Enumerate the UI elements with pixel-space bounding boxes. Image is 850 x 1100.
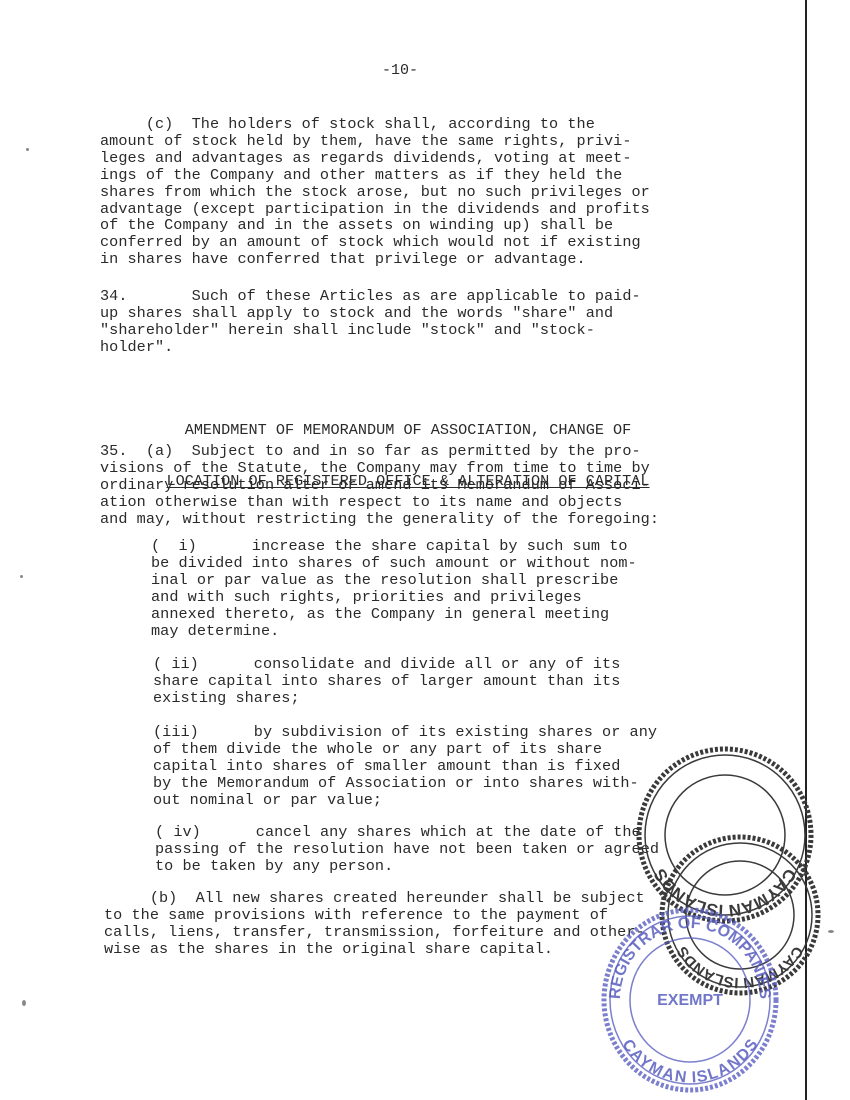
text-line: ings of the Company and other matters as… [100, 167, 650, 184]
text-line: leges and advantages as regards dividend… [100, 150, 650, 167]
text-line: inal or par value as the resolution shal… [151, 572, 637, 589]
text-line: wise as the shares in the original share… [104, 941, 645, 958]
margin-speck [26, 148, 29, 151]
text-line: "shareholder" herein shall include "stoc… [100, 322, 641, 339]
text-line: capital into shares of smaller amount th… [153, 758, 657, 775]
text-line: and with such rights, priorities and pri… [151, 589, 637, 606]
registrar-companies-blue-seal-icon: REGISTRAR OF COMPANIES EXEMPT CAYMAN ISL… [598, 905, 783, 1095]
text-line: and may, without restricting the general… [100, 511, 659, 528]
text-line: existing shares; [153, 690, 620, 707]
text-line: conferred by an amount of stock which wo… [100, 234, 650, 251]
text-line: to be taken by any person. [155, 858, 659, 875]
svg-text:EXEMPT: EXEMPT [657, 992, 723, 1009]
text-line: (b) All new shares created hereunder sha… [104, 890, 645, 907]
margin-speck [828, 930, 834, 933]
text-line: be divided into shares of such amount or… [151, 555, 637, 572]
margin-speck [20, 575, 23, 578]
text-line: of the Company and in the assets on wind… [100, 217, 650, 234]
text-line: may determine. [151, 623, 637, 640]
text-line: (iii) by subdivision of its existing sha… [153, 724, 657, 741]
text-line: (c) The holders of stock shall, accordin… [100, 116, 650, 133]
text-line: ( iv) cancel any shares which at the dat… [155, 824, 659, 841]
text-line: to the same provisions with reference to… [104, 907, 645, 924]
text-line: calls, liens, transfer, transmission, fo… [104, 924, 645, 941]
subclause-iv: ( iv) cancel any shares which at the dat… [155, 824, 659, 875]
clause-b: (b) All new shares created hereunder sha… [104, 890, 645, 958]
text-line: share capital into shares of larger amou… [153, 673, 620, 690]
article-34: 34. Such of these Articles as are applic… [100, 288, 641, 356]
article-35a: 35. (a) Subject to and in so far as perm… [100, 443, 659, 528]
text-line: 35. (a) Subject to and in so far as perm… [100, 443, 659, 460]
text-line: up shares shall apply to stock and the w… [100, 305, 641, 322]
clause-c: (c) The holders of stock shall, accordin… [100, 116, 650, 268]
text-line: ( ii) consolidate and divide all or any … [153, 656, 620, 673]
text-line: of them divide the whole or any part of … [153, 741, 657, 758]
text-line: in shares have conferred that privilege … [100, 251, 650, 268]
margin-speck [22, 1000, 26, 1006]
subclause-ii: ( ii) consolidate and divide all or any … [153, 656, 620, 707]
text-line: amount of stock held by them, have the s… [100, 133, 650, 150]
text-line: holder". [100, 339, 641, 356]
text-line: ( i) increase the share capital by such … [151, 538, 637, 555]
text-line: out nominal or par value; [153, 792, 657, 809]
text-line: advantage (except participation in the d… [100, 201, 650, 218]
text-line: annexed thereto, as the Company in gener… [151, 606, 637, 623]
subclause-iii: (iii) by subdivision of its existing sha… [153, 724, 657, 809]
text-line: visions of the Statute, the Company may … [100, 460, 659, 477]
text-line: shares from which the stock arose, but n… [100, 184, 650, 201]
page-number: -10- [0, 62, 800, 79]
section-heading-line1: AMENDMENT OF MEMORANDUM OF ASSOCIATION, … [100, 422, 716, 439]
text-line: by the Memorandum of Association or into… [153, 775, 657, 792]
text-line: ation otherwise than with respect to its… [100, 494, 659, 511]
subclause-i: ( i) increase the share capital by such … [151, 538, 637, 639]
text-line: passing of the resolution have not been … [155, 841, 659, 858]
text-line: ordinary resolution alter or amend its M… [100, 477, 659, 494]
text-line: 34. Such of these Articles as are applic… [100, 288, 641, 305]
